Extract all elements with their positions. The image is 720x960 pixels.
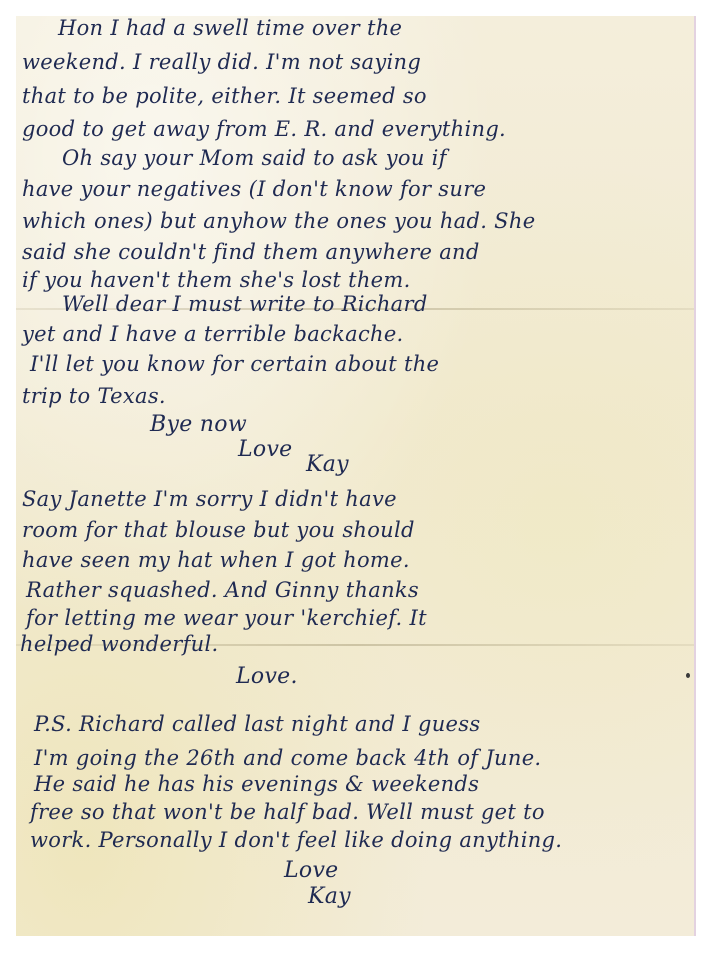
letter-line: which ones) but anyhow the ones you had.…	[22, 209, 535, 233]
postscript-line: work. Personally I don't feel like doing…	[30, 828, 562, 852]
letter-line: have seen my hat when I got home.	[22, 548, 410, 572]
postscript-line: P.S. Richard called last night and I gue…	[34, 712, 480, 736]
letter-line: Hon I had a swell time over the	[58, 16, 402, 40]
closing-love: Love	[238, 437, 293, 462]
letter-line: helped wonderful.	[20, 632, 219, 656]
letter-line: for letting me wear your 'kerchief. It	[26, 606, 427, 630]
letter-line: Oh say your Mom said to ask you if	[62, 146, 447, 170]
closing-love: Love	[284, 858, 339, 883]
postscript-line: free so that won't be half bad. Well mus…	[30, 800, 545, 824]
letter-line: if you haven't them she's lost them.	[22, 268, 411, 292]
letter-line: have your negatives (I don't know for su…	[22, 177, 486, 201]
ink-speck	[686, 673, 690, 678]
signature-name: Kay	[306, 452, 349, 477]
letter-line: room for that blouse but you should	[22, 518, 415, 542]
letter-line: said she couldn't find them anywhere and	[22, 240, 480, 264]
postscript-line: I'm going the 26th and come back 4th of …	[34, 746, 541, 770]
letter-line: weekend. I really did. I'm not saying	[22, 50, 421, 74]
closing-love: Love.	[236, 664, 298, 689]
letter-line: Rather squashed. And Ginny thanks	[26, 578, 419, 602]
signature-name: Kay	[308, 884, 351, 909]
postscript-line: He said he has his evenings & weekends	[34, 772, 479, 796]
letter-line: that to be polite, either. It seemed so	[22, 84, 427, 108]
letter-line: trip to Texas.	[22, 384, 166, 408]
letter-line: Say Janette I'm sorry I didn't have	[22, 487, 397, 511]
letter-line: yet and I have a terrible backache.	[22, 322, 404, 346]
letter-line: Well dear I must write to Richard	[62, 292, 428, 316]
letter-line: good to get away from E. R. and everythi…	[22, 117, 506, 141]
letter-line: I'll let you know for certain about the	[30, 352, 439, 376]
closing-bye: Bye now	[150, 412, 247, 437]
